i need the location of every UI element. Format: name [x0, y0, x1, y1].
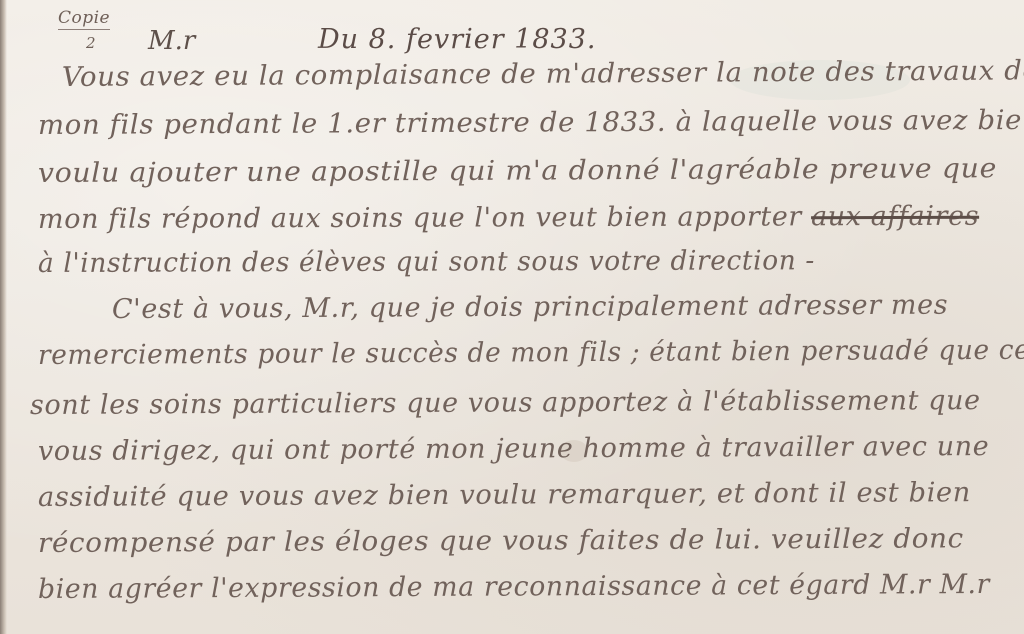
line-text: C'est à vous, M.r, que je dois principal…: [112, 290, 948, 325]
line-text: remerciements pour le succès de mon fils…: [38, 335, 1024, 371]
letter-line: voulu ajouter une apostille qui m'a donn…: [38, 153, 997, 189]
line-text: mon fils répond aux soins que l'on veut …: [38, 201, 802, 235]
letter-line: à l'instruction des élèves qui sont sous…: [38, 245, 815, 279]
line-text: assiduité que vous avez bien voulu remar…: [38, 477, 971, 513]
letter-date: Du 8. fevrier 1833.: [318, 24, 597, 55]
copy-mark: Copie: [58, 8, 110, 30]
letter-line: vous dirigez, qui ont porté mon jeune ho…: [38, 431, 989, 467]
struck-through-text: aux affaires: [811, 201, 979, 233]
letter-line: récompensé par les éloges que vous faite…: [38, 523, 964, 559]
letter-line: mon fils répond aux soins que l'on veut …: [38, 201, 979, 235]
letter-sheet: Copie 2 M.r Du 8. fevrier 1833. Vous ave…: [0, 0, 1024, 634]
line-text: à l'instruction des élèves qui sont sous…: [38, 245, 815, 279]
letter-line: C'est à vous, M.r, que je dois principal…: [112, 290, 948, 325]
line-text: mon fils pendant le 1.er trimestre de 18…: [38, 105, 1024, 141]
letter-line: Vous avez eu la complaisance de m'adress…: [62, 55, 1024, 93]
salutation: M.r: [148, 26, 195, 56]
letter-line: mon fils pendant le 1.er trimestre de 18…: [38, 105, 1024, 141]
letter-line: sont les soins particuliers que vous app…: [30, 385, 981, 421]
torn-paper-edge: [0, 0, 7, 634]
line-text: voulu ajouter une apostille qui m'a donn…: [38, 153, 997, 189]
line-text: sont les soins particuliers que vous app…: [30, 385, 981, 421]
line-text: vous dirigez, qui ont porté mon jeune ho…: [38, 431, 989, 467]
copy-number: 2: [86, 34, 96, 52]
line-text: récompensé par les éloges que vous faite…: [38, 523, 964, 559]
line-text: bien agréer l'expression de ma reconnais…: [38, 569, 990, 605]
letter-line: bien agréer l'expression de ma reconnais…: [38, 569, 990, 605]
letter-line: remerciements pour le succès de mon fils…: [38, 335, 1024, 371]
line-text: Vous avez eu la complaisance de m'adress…: [62, 55, 1024, 93]
letter-line: assiduité que vous avez bien voulu remar…: [38, 477, 971, 513]
